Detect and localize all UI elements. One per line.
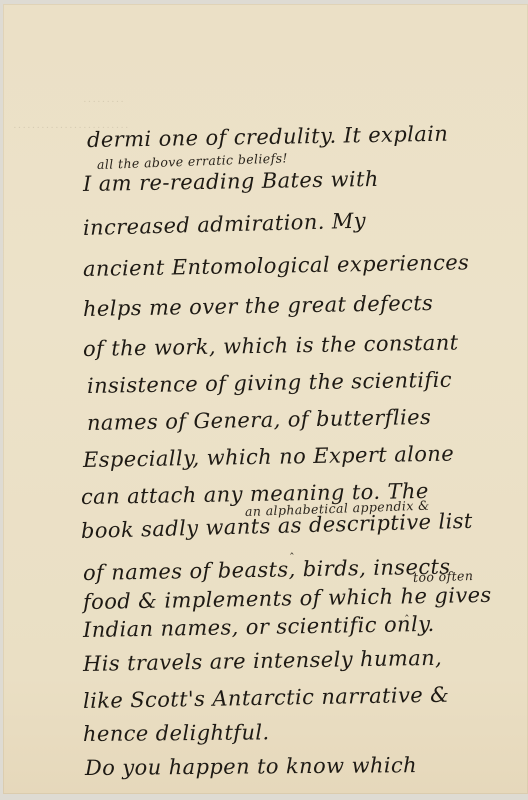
handwritten-line: of names of beasts, birds, insects [83, 555, 451, 585]
handwritten-line: His travels are intensely human, [83, 646, 443, 676]
handwritten-line: like Scott's Antarctic narrative & [83, 683, 450, 713]
handwritten-line: book sadly wants as descriptive list [81, 509, 473, 543]
handwritten-line: names of Genera, of butterflies [87, 405, 432, 435]
handwritten-line: food & implements of which he gives [83, 583, 492, 614]
handwritten-line: increased admiration. My [83, 209, 367, 240]
show-through-text: ········· [83, 96, 125, 108]
handwritten-line: Indian names, or scientific only. [83, 612, 435, 642]
handwritten-line: dermi one of credulity. It explain [87, 122, 449, 152]
handwritten-line: ancient Entomological experiences [83, 250, 470, 281]
handwritten-line: helps me over the great defects [83, 291, 434, 321]
insertion-caret-icon: ‸ [290, 542, 294, 555]
handwritten-line: Do you happen to know which [85, 753, 417, 780]
handwritten-line: insistence of giving the scientific [87, 368, 452, 398]
handwritten-line: hence delightful. [83, 720, 270, 746]
handwritten-line: I am re-reading Bates with [83, 167, 379, 196]
handwritten-line: Especially, which no Expert alone [83, 442, 454, 472]
handwritten-line: of the work, which is the constant [83, 330, 459, 361]
letter-page: ········· ························· derm… [3, 4, 528, 794]
